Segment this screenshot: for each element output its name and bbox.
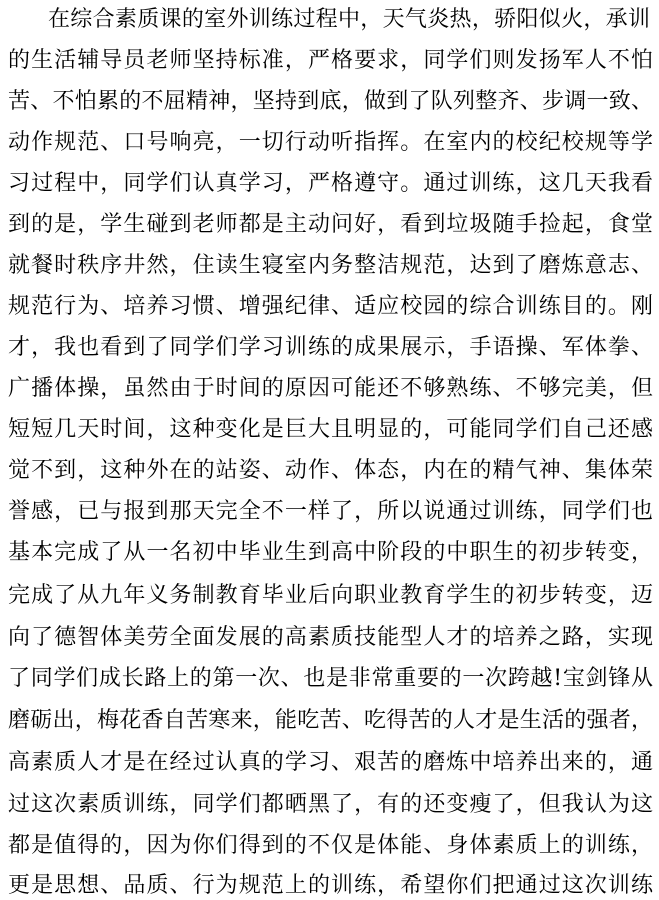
paragraph-line: 都是值得的，因为你们得到的不仅是体能、身体素质上的训练， xyxy=(8,826,653,866)
paragraph-line: 高素质人才是在经过认真的学习、艰苦的磨炼中培养出来的，通 xyxy=(8,743,653,783)
document-page: 在综合素质课的室外训练过程中，天气炎热，骄阳似火，承训 的生活辅导员老师坚持标准… xyxy=(0,0,659,900)
paragraph-line: 的生活辅导员老师坚持标准，严格要求，同学们则发扬军人不怕 xyxy=(8,41,653,81)
paragraph-line: 苦、不怕累的不屈精神，坚持到底，做到了队列整齐、步调一致、 xyxy=(8,82,653,122)
paragraph-line: 了同学们成长路上的第一次、也是非常重要的一次跨越!宝剑锋从 xyxy=(8,659,653,699)
paragraph-line: 就餐时秩序井然，住读生寝室内务整洁规范，达到了磨炼意志、 xyxy=(8,246,653,286)
paragraph-line: 规范行为、培养习惯、增强纪律、适应校园的综合训练目的。刚 xyxy=(8,287,653,327)
paragraph-line: 短短几天时间，这种变化是巨大且明显的，可能同学们自己还感 xyxy=(8,410,653,450)
paragraph-line: 习过程中，同学们认真学习，严格遵守。通过训练，这几天我看 xyxy=(8,164,653,204)
paragraph-line: 在综合素质课的室外训练过程中，天气炎热，骄阳似火，承训 xyxy=(48,0,650,40)
paragraph-line: 誉感，已与报到那天完全不一样了，所以说通过训练，同学们也 xyxy=(8,492,653,532)
paragraph-line: 基本完成了从一名初中毕业生到高中阶段的中职生的初步转变， xyxy=(8,533,653,573)
paragraph-line: 过这次素质训练，同学们都晒黑了，有的还变瘦了，但我认为这 xyxy=(8,785,653,825)
paragraph-line: 广播体操，虽然由于时间的原因可能还不够熟练、不够完美，但 xyxy=(8,369,653,409)
paragraph-line: 磨砺出，梅花香自苦寒来，能吃苦、吃得苦的人才是生活的强者， xyxy=(8,701,653,741)
paragraph-line: 向了德智体美劳全面发展的高素质技能型人才的培养之路，实现 xyxy=(8,618,653,658)
paragraph-line: 到的是，学生碰到老师都是主动问好，看到垃圾随手捡起，食堂 xyxy=(8,205,653,245)
paragraph-line: 动作规范、口号响亮，一切行动听指挥。在室内的校纪校规等学 xyxy=(8,123,653,163)
paragraph-line: 完成了从九年义务制教育毕业后向职业教育学生的初步转变，迈 xyxy=(8,576,653,616)
paragraph-line: 觉不到，这种外在的站姿、动作、体态，内在的精气神、集体荣 xyxy=(8,451,653,491)
paragraph-line: 更是思想、品质、行为规范上的训练，希望你们把通过这次训练 xyxy=(8,866,653,900)
paragraph-line: 才，我也看到了同学们学习训练的成果展示，手语操、军体拳、 xyxy=(8,328,653,368)
